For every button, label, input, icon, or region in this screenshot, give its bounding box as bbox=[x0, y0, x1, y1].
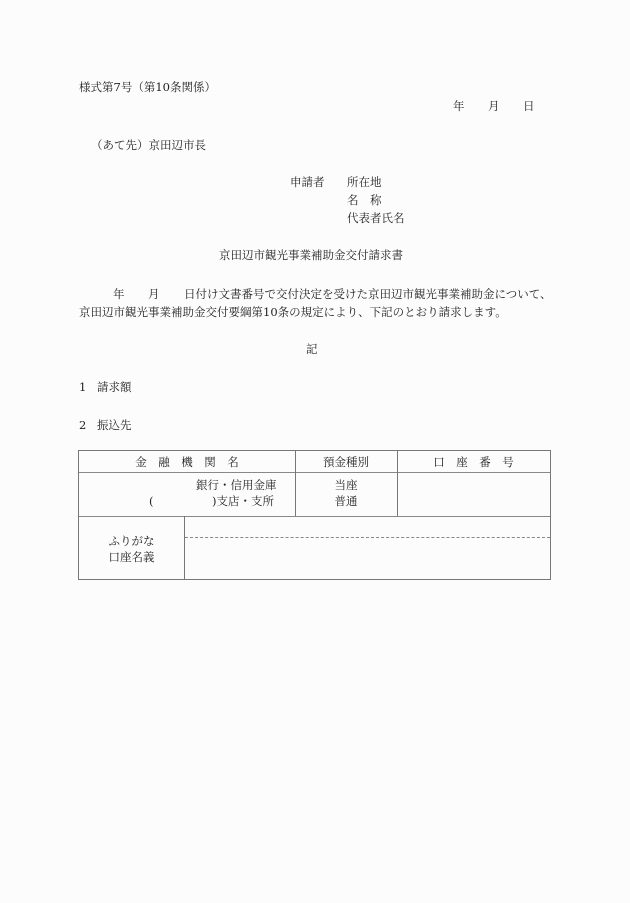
branch-open-paren: ( bbox=[149, 494, 154, 508]
item-1-number: 1 bbox=[79, 380, 86, 394]
form-number: 様式第7号（第10条関係） bbox=[79, 80, 216, 94]
body-month: 月 bbox=[148, 287, 160, 301]
deposit-type-ordinary[interactable]: 普通 bbox=[295, 493, 397, 509]
bank-transfer-table: 金 融 機 関 名 預金種別 口 座 番 号 銀行・信用金庫 ( )支店・支所 … bbox=[78, 450, 551, 580]
applicant-address: 所在地 bbox=[347, 175, 382, 189]
holder-name-label: 口座名義 bbox=[79, 549, 184, 565]
deposit-type-select[interactable]: 当座 普通 bbox=[295, 473, 397, 516]
item-2-number: 2 bbox=[79, 418, 86, 432]
applicant-name: 名 称 bbox=[347, 193, 382, 207]
body-year: 年 bbox=[113, 287, 125, 301]
account-holder-label: ふりがな 口座名義 bbox=[79, 517, 184, 580]
date-year: 年 bbox=[453, 99, 465, 113]
furigana-input[interactable] bbox=[185, 517, 550, 537]
applicant-label: 申請者 bbox=[290, 175, 325, 189]
bank-type-label: 銀行・信用金庫 bbox=[196, 478, 277, 492]
header-account-number: 口 座 番 号 bbox=[397, 454, 550, 470]
bank-name-input[interactable]: 銀行・信用金庫 ( )支店・支所 bbox=[79, 473, 295, 516]
account-number-input[interactable] bbox=[397, 473, 550, 516]
account-holder-input[interactable] bbox=[185, 538, 550, 580]
furigana-label: ふりがな bbox=[79, 533, 184, 549]
document-title: 京田辺市観光事業補助金交付請求書 bbox=[219, 248, 403, 262]
ki-heading: 記 bbox=[306, 342, 318, 356]
body-line2: 京田辺市観光事業補助金交付要綱第10条の規定により、下記のとおり請求します。 bbox=[79, 305, 507, 319]
body-line1: 日付け文書番号で交付決定を受けた京田辺市観光事業補助金について、 bbox=[184, 287, 552, 301]
addressee: （あて先）京田辺市長 bbox=[91, 138, 206, 152]
branch-type-label: )支店・支所 bbox=[212, 494, 274, 508]
date-month: 月 bbox=[488, 99, 500, 113]
header-deposit-type: 預金種別 bbox=[295, 454, 397, 470]
deposit-type-current[interactable]: 当座 bbox=[295, 477, 397, 493]
applicant-representative: 代表者氏名 bbox=[347, 211, 405, 225]
date-day: 日 bbox=[523, 99, 535, 113]
item-1-label: 請求額 bbox=[97, 380, 132, 394]
item-2-label: 振込先 bbox=[97, 418, 132, 432]
header-bank-name: 金 融 機 関 名 bbox=[79, 454, 295, 470]
